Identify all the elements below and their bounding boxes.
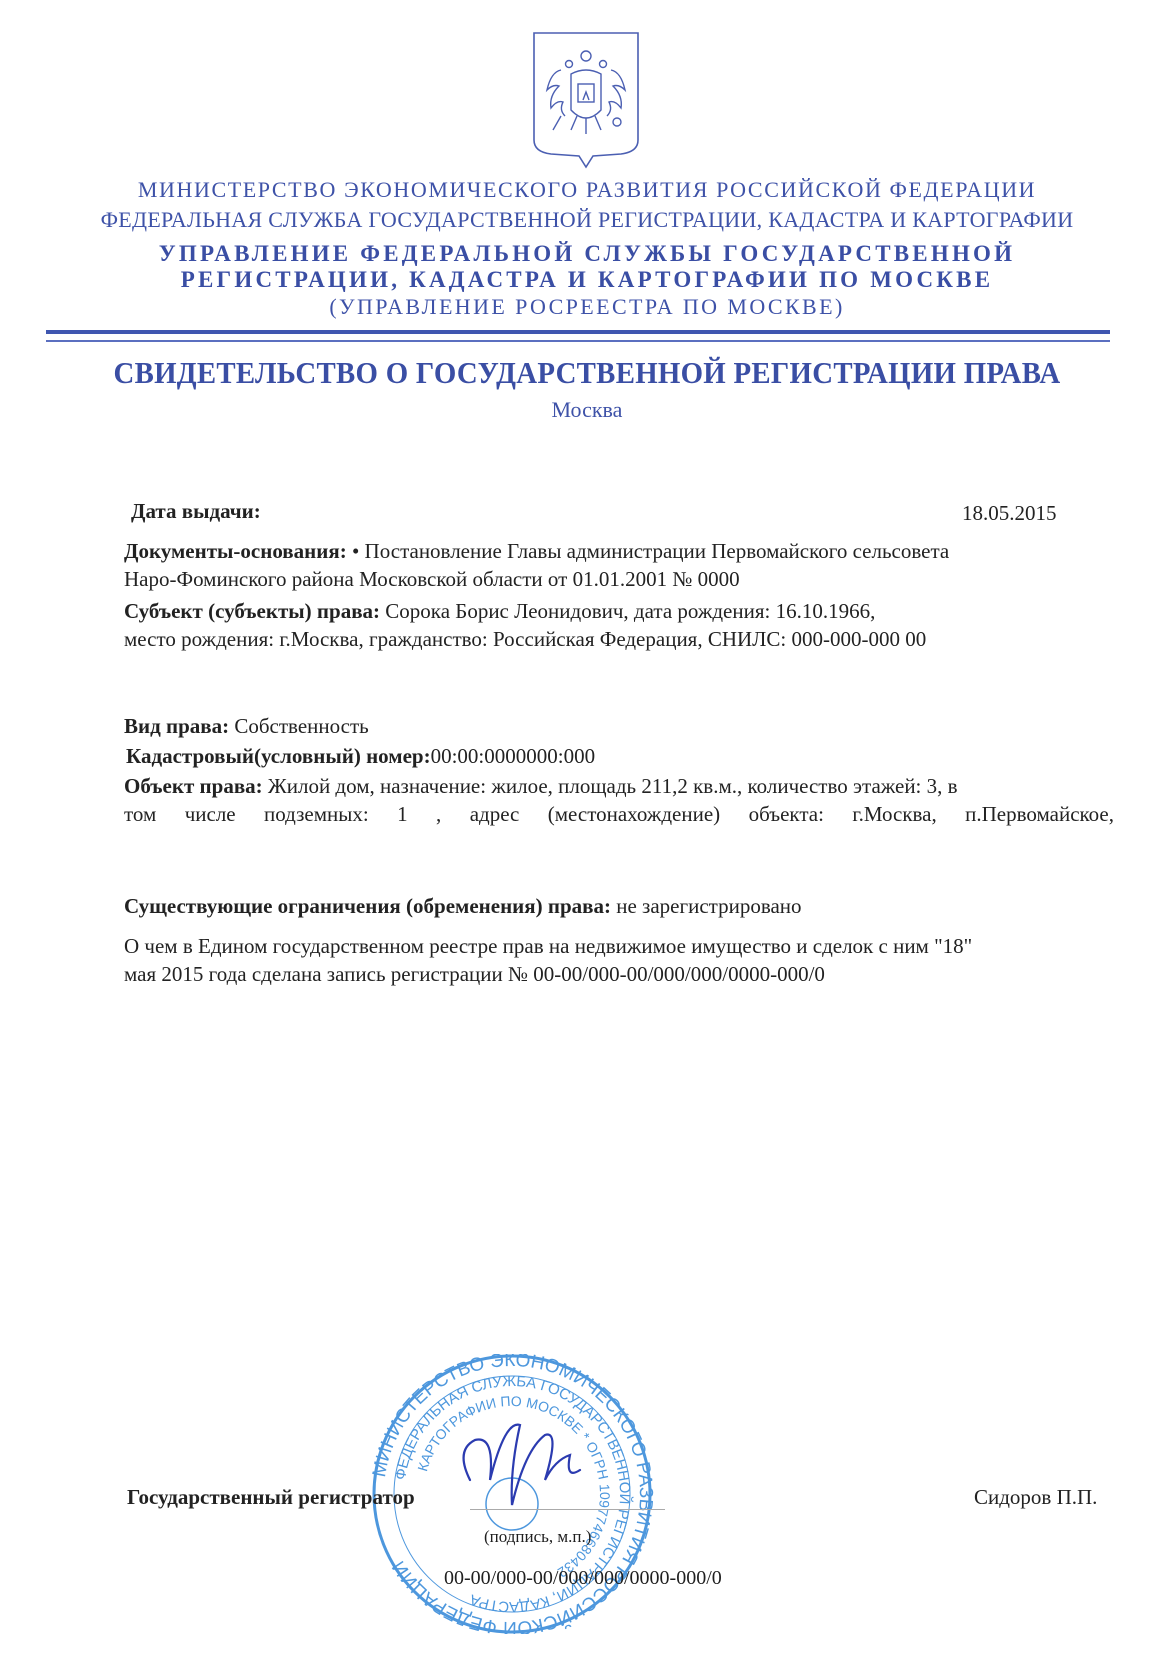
- basis-line-2: Наро-Фоминского района Московской област…: [124, 567, 740, 591]
- department-line-2: РЕГИСТРАЦИИ, КАДАСТРА И КАРТОГРАФИИ ПО М…: [0, 267, 1174, 293]
- restrictions-value: не зарегистрировано: [616, 894, 801, 918]
- subject-label: Субъект (субъекты) права:: [124, 599, 380, 623]
- right-type: Вид права: Собственность: [124, 712, 1084, 740]
- object-line-1: Жилой дом, назначение: жилое, площадь 21…: [268, 774, 958, 798]
- right-object: Объект права: Жилой дом, назначение: жил…: [124, 772, 1114, 828]
- handwritten-signature-icon: [450, 1410, 600, 1520]
- basis-documents: Документы-основания: • Постановление Гла…: [124, 537, 1084, 593]
- service-name: ФЕДЕРАЛЬНАЯ СЛУЖБА ГОСУДАРСТВЕННОЙ РЕГИС…: [0, 207, 1174, 233]
- object-line-2: том числе подземных: 1 , адрес (местонах…: [124, 800, 1114, 828]
- issue-date-label: Дата выдачи:: [131, 497, 261, 525]
- department-short-name: (УПРАВЛЕНИЕ РОСРЕЕСТРА ПО МОСКВЕ): [0, 294, 1174, 320]
- department-line-1: УПРАВЛЕНИЕ ФЕДЕРАЛЬНОЙ СЛУЖБЫ ГОСУДАРСТВ…: [0, 241, 1174, 267]
- signature-line: [470, 1509, 665, 1510]
- subject-line-2: место рождения: г.Москва, гражданство: Р…: [124, 627, 926, 651]
- basis-label: Документы-основания:: [124, 539, 347, 563]
- russian-coat-of-arms-icon: [531, 30, 641, 170]
- document-city: Москва: [0, 397, 1174, 423]
- cadastral-label: Кадастровый(условный) номер:: [126, 744, 431, 768]
- right-holder: Субъект (субъекты) права: Сорока Борис Л…: [124, 597, 1084, 653]
- subject-line-1: Сорока Борис Леонидович, дата рождения: …: [385, 599, 875, 623]
- cadastral-number: Кадастровый(условный) номер:00:00:000000…: [126, 742, 1086, 770]
- restrictions: Существующие ограничения (обременения) п…: [124, 892, 1084, 920]
- record-number: 00-00/000-00/000/000/0000-000/0: [444, 1567, 722, 1590]
- registrar-label: Государственный регистратор: [127, 1483, 415, 1511]
- ministry-name: МИНИСТЕРСТВО ЭКОНОМИЧЕСКОГО РАЗВИТИЯ РОС…: [0, 177, 1174, 203]
- document-title: СВИДЕТЕЛЬСТВО О ГОСУДАРСТВЕННОЙ РЕГИСТРА…: [41, 355, 1133, 391]
- header-divider-thin: [46, 340, 1110, 342]
- registrar-name: Сидоров П.П.: [974, 1483, 1097, 1511]
- header-divider-thick: [46, 330, 1110, 334]
- basis-line-1: • Постановление Главы администрации Перв…: [352, 539, 949, 563]
- registry-note-line-1: О чем в Едином государственном реестре п…: [124, 934, 972, 958]
- registry-note: О чем в Едином государственном реестре п…: [124, 932, 1114, 988]
- cadastral-value: 00:00:0000000:000: [431, 744, 596, 768]
- registry-note-line-2: мая 2015 года сделана запись регистрации…: [124, 962, 825, 986]
- signature-caption: (подпись, м.п.): [484, 1527, 591, 1547]
- issue-date-value: 18.05.2015: [962, 499, 1057, 527]
- object-label: Объект права:: [124, 774, 263, 798]
- right-type-label: Вид права:: [124, 714, 229, 738]
- right-type-value: Собственность: [234, 714, 368, 738]
- restrictions-label: Существующие ограничения (обременения) п…: [124, 894, 611, 918]
